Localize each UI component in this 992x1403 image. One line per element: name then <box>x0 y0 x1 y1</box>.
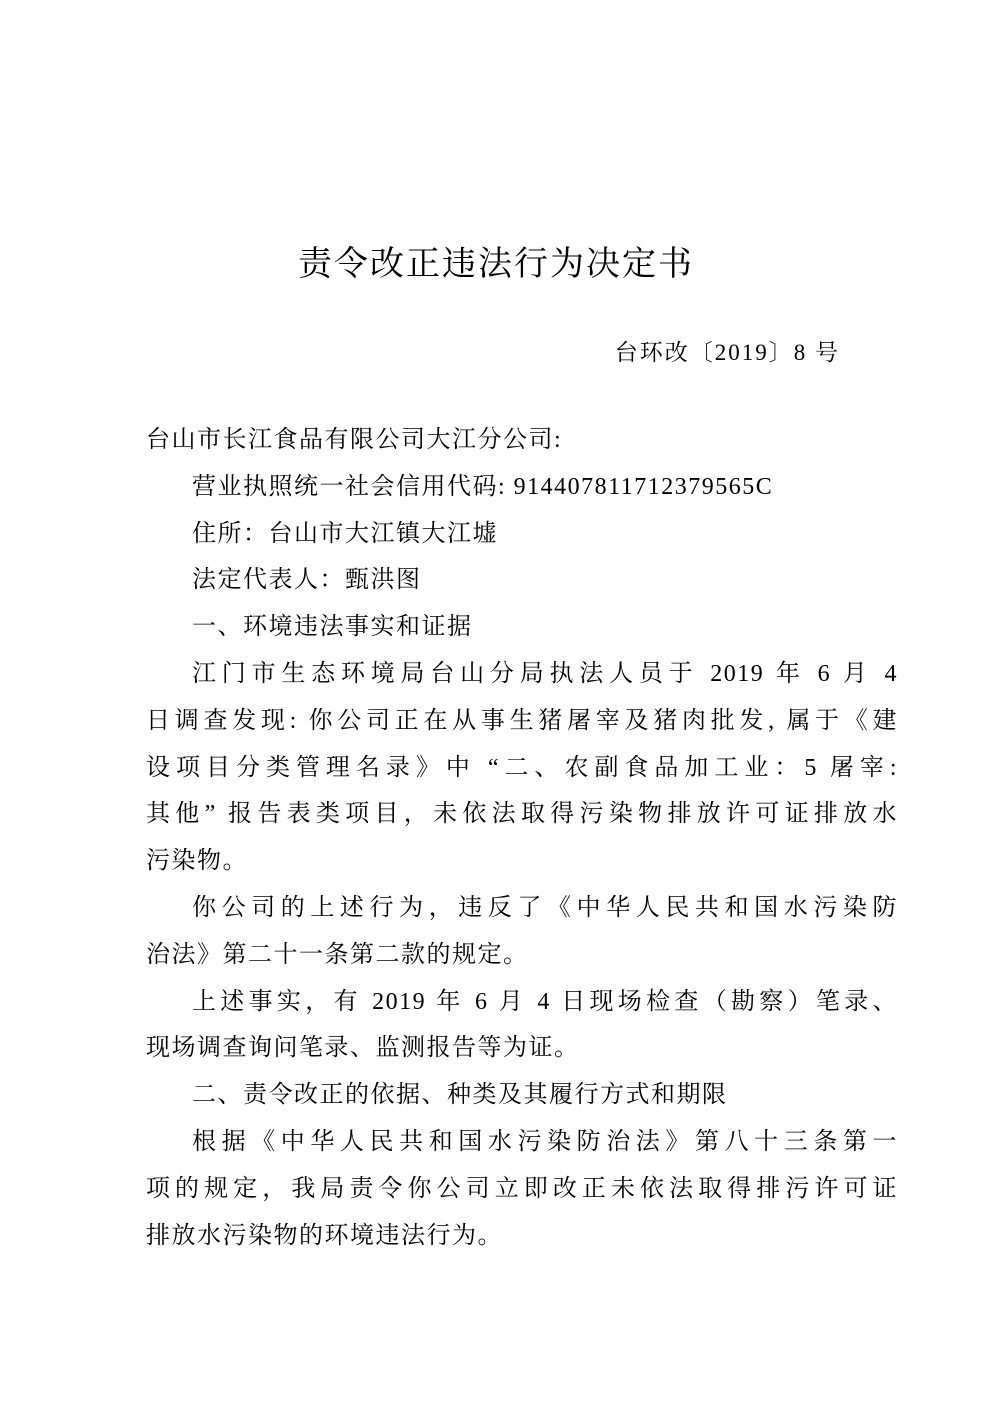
credit-code-line: 营业执照统一社会信用代码: 914407811712379565C <box>146 464 898 511</box>
body-line: 江门市生态环境局台山分局执法人员于 2019 年 6 月 4 <box>146 651 898 698</box>
body-line: 排放水污染物的环境违法行为。 <box>146 1213 898 1260</box>
body-line: 污染物。 <box>146 838 898 885</box>
body-line: 设项目分类管理名录》中 “二、农副食品加工业：5 屠宰: <box>146 745 898 792</box>
section-two-heading: 二、责令改正的依据、种类及其履行方式和期限 <box>146 1072 898 1119</box>
section-one-heading: 一、环境违法事实和证据 <box>146 604 898 651</box>
document-title: 责令改正违法行为决定书 <box>0 244 992 286</box>
body-line: 上述事实，有 2019 年 6 月 4 日现场检查（勘察）笔录、 <box>146 979 898 1026</box>
body-line: 日调查发现: 你公司正在从事生猪屠宰及猪肉批发, 属于《建 <box>146 698 898 745</box>
document-page: 责令改正违法行为决定书 台环改〔2019〕8 号 台山市长江食品有限公司大江分公… <box>0 0 992 1403</box>
legal-representative-line: 法定代表人：甄洪图 <box>146 557 898 604</box>
body-line: 其他” 报告表类项目，未依法取得污染物排放许可证排放水 <box>146 791 898 838</box>
document-number: 台环改〔2019〕8 号 <box>615 337 840 369</box>
recipient-line: 台山市长江食品有限公司大江分公司: <box>146 417 898 464</box>
body-line: 你公司的上述行为，违反了《中华人民共和国水污染防 <box>146 885 898 932</box>
body-line: 治法》第二十一条第二款的规定。 <box>146 932 898 979</box>
address-line: 住所：台山市大江镇大江墟 <box>146 511 898 558</box>
document-body: 台山市长江食品有限公司大江分公司: 营业执照统一社会信用代码: 91440781… <box>146 417 898 1259</box>
body-line: 现场调查询问笔录、监测报告等为证。 <box>146 1025 898 1072</box>
body-line: 项的规定，我局责令你公司立即改正未依法取得排污许可证 <box>146 1166 898 1213</box>
body-line: 根据《中华人民共和国水污染防治法》第八十三条第一 <box>146 1119 898 1166</box>
